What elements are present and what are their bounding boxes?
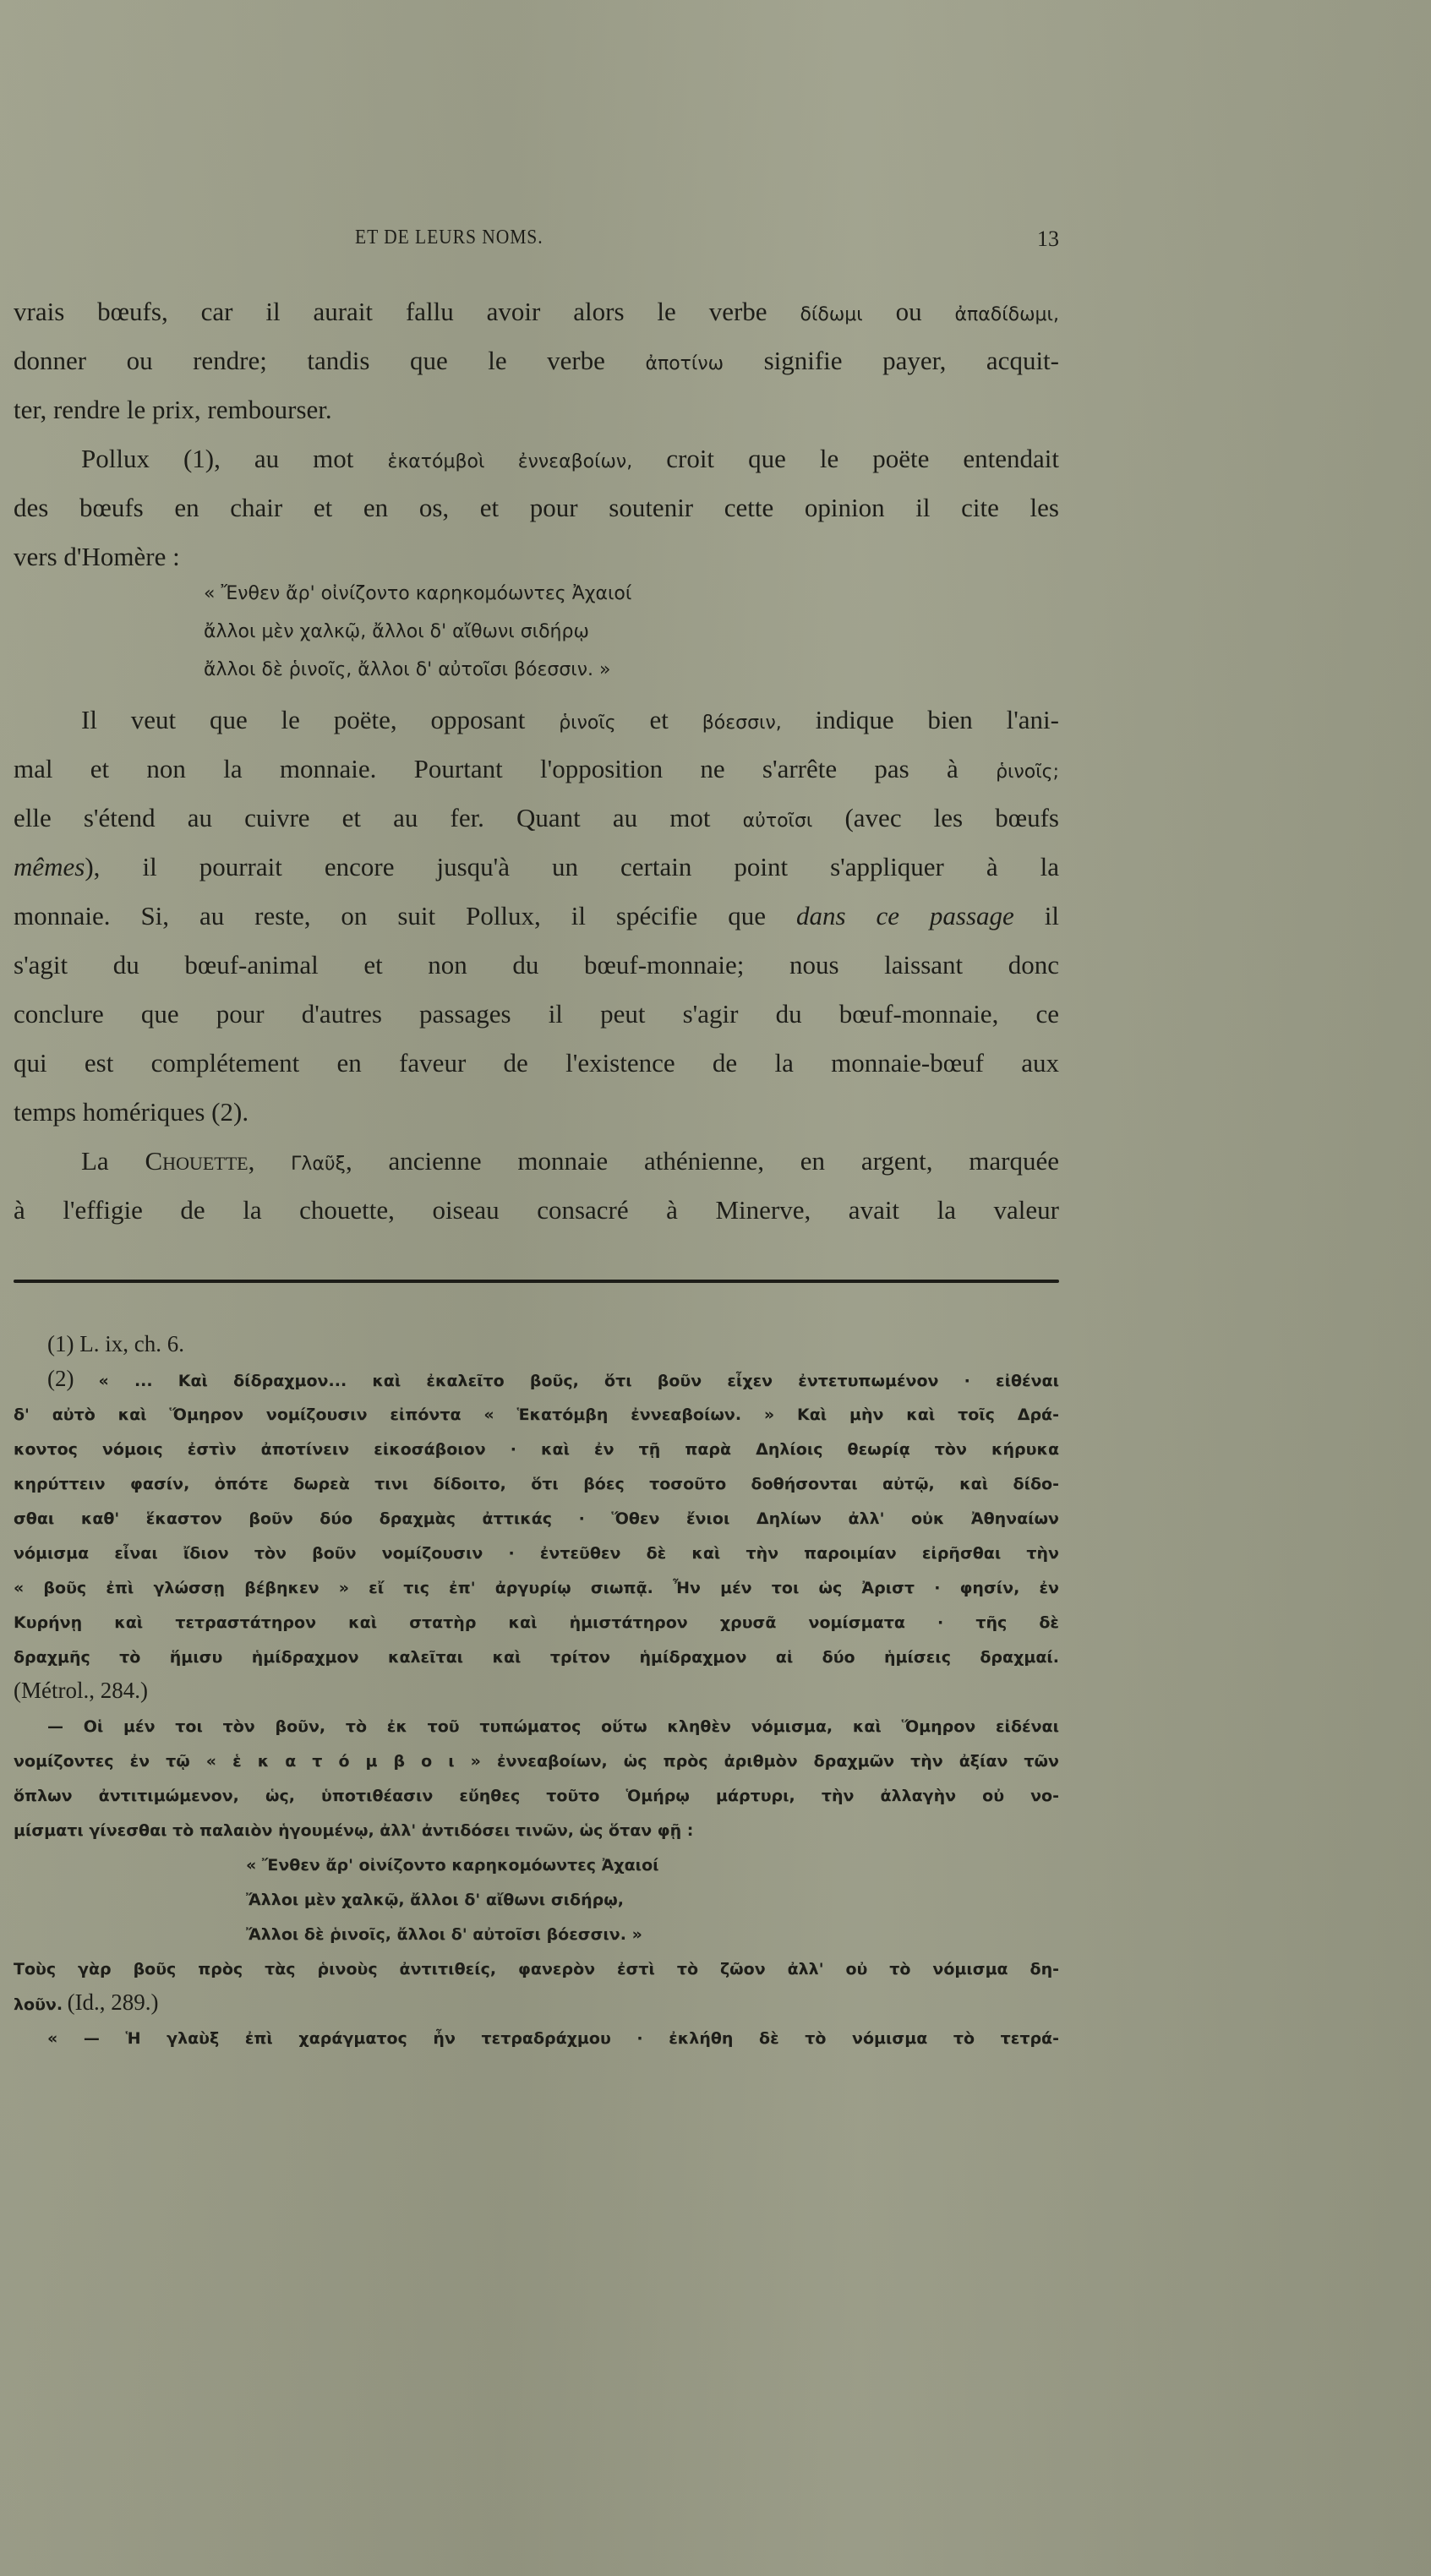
footnote-citation: (Métrol., 284.)	[14, 1673, 1059, 1708]
text-line: Pollux (1), au mot ἑκατόμβοὶ ἐννεαβοίων,…	[14, 434, 1059, 483]
footnote-line: νομίζοντες ἐν τῷ « ἑ κ α τ ό μ β ο ι » ἐ…	[14, 1743, 1059, 1777]
text-line: ter, rendre le prix, rembourser.	[14, 385, 1059, 434]
footnote-line: ὅπλων ἀντιτιμώμενον, ὡς, ὑποτιθέασιν εὔη…	[14, 1777, 1059, 1812]
text-line: des bœufs en chair et en os, et pour sou…	[14, 483, 1059, 532]
verse-line: ἄλλοι μὲν χαλκῷ, ἄλλοι δ' αἴθωνι σιδήρῳ	[204, 613, 1059, 651]
footnote-verse-line: « Ἔνθεν ἄρ' οἰνίζοντο καρηκομόωντες Ἀχαι…	[14, 1847, 1059, 1881]
footnotes: (1) L. ix, ch. 6. (2) « ... Καὶ δίδραχμο…	[14, 1327, 1059, 2055]
homer-quote: « Ἔνθεν ἄρ' οἰνίζοντο καρηκομόωντες Ἀχαι…	[14, 575, 1059, 689]
footnote-line: κοντος νόμοις ἐστὶν ἀποτίνειν εἰκοσάβοιο…	[14, 1431, 1059, 1465]
footnote-line: — Οἱ μέν τοι τὸν βοῦν, τὸ ἐκ τοῦ τυπώματ…	[14, 1708, 1059, 1743]
footnote-line: νόμισμα εἶναι ἴδιον τὸν βοῦν νομίζουσιν …	[14, 1535, 1059, 1569]
verse-line: ἄλλοι δὲ ῥινοῖς, ἄλλοι δ' αὐτοῖσι βόεσσι…	[204, 651, 1059, 689]
running-head: ET DE LEURS NOMS. 13	[0, 226, 1059, 260]
footnote-line: σθαι καθ' ἕκαστον βοῦν δύο δραχμὰς ἀττικ…	[14, 1500, 1059, 1535]
verse-line: « Ἔνθεν ἄρ' οἰνίζοντο καρηκομόωντες Ἀχαι…	[204, 575, 1059, 613]
text-line: La Chouette, Γλαῦξ, ancienne monnaie ath…	[14, 1137, 1059, 1186]
footnote-line: μίσματι γίνεσθαι τὸ παλαιὸν ἡγουμένῳ, ἀλ…	[14, 1812, 1059, 1847]
footnote-line: κηρύττειν φασίν, ὁπότε δωρεὰ τινι δίδοιτ…	[14, 1465, 1059, 1500]
footnote-verse-line: Ἄλλοι δὲ ῥινοῖς, ἄλλοι δ' αὐτοῖσι βόεσσι…	[14, 1916, 1059, 1951]
footnote-separator	[14, 1280, 1059, 1283]
text-line: elle s'étend au cuivre et au fer. Quant …	[14, 794, 1059, 843]
footnote-1: (1) L. ix, ch. 6.	[14, 1327, 1059, 1362]
text-line: s'agit du bœuf-animal et non du bœuf-mon…	[14, 941, 1059, 990]
footnote-line: δραχμῆς τὸ ἥμισυ ἡμίδραχμον καλεῖται καὶ…	[14, 1639, 1059, 1673]
footnote-verse-line: Ἄλλοι μὲν χαλκῷ, ἄλλοι δ' αἴθωνι σιδήρῳ,	[14, 1881, 1059, 1916]
footnote-2: (2) « ... Καὶ δίδραχμον... καὶ ἐκαλεῖτο …	[14, 1362, 1059, 1396]
page-number: 13	[1037, 226, 1059, 252]
text-line: conclure que pour d'autres passages il p…	[14, 990, 1059, 1039]
text-line: à l'effigie de la chouette, oiseau consa…	[14, 1186, 1059, 1235]
text-line: donner ou rendre; tandis que le verbe ἀπ…	[14, 336, 1059, 385]
text-line: Il veut que le poëte, opposant ῥινοῖς et…	[14, 696, 1059, 745]
book-page: ET DE LEURS NOMS. 13 vrais bœufs, car il…	[0, 0, 1431, 2576]
footnote-line: λοῦν. (Id., 289.)	[14, 1985, 1059, 2020]
text-line: vrais bœufs, car il aurait fallu avoir a…	[14, 287, 1059, 336]
footnote-line: δ' αὐτὸ καὶ Ὅμηρον νομίζουσιν εἰπόντα « …	[14, 1396, 1059, 1431]
footnote-line: Τοὺς γὰρ βοῦς πρὸς τὰς ῥινοὺς ἀντιτιθείς…	[14, 1951, 1059, 1985]
footnote-line: Κυρήνῃ καὶ τετραστάτηρον καὶ στατὴρ καὶ …	[14, 1604, 1059, 1639]
running-title: ET DE LEURS NOMS.	[355, 226, 543, 249]
text-line: monnaie. Si, au reste, on suit Pollux, i…	[14, 892, 1059, 941]
text-line: mal et non la monnaie. Pourtant l'opposi…	[14, 745, 1059, 794]
footnote-line: « βοῦς ἐπὶ γλώσσῃ βέβηκεν » εἴ τις ἐπ' ἀ…	[14, 1569, 1059, 1604]
footnote-line: « — Ἡ γλαὺξ ἐπὶ χαράγματος ἦν τετραδράχμ…	[14, 2020, 1059, 2055]
main-text: vrais bœufs, car il aurait fallu avoir a…	[14, 287, 1059, 1235]
text-line: mêmes), il pourrait encore jusqu'à un ce…	[14, 843, 1059, 892]
text-line: qui est complétement en faveur de l'exis…	[14, 1039, 1059, 1088]
text-line: temps homériques (2).	[14, 1088, 1059, 1137]
